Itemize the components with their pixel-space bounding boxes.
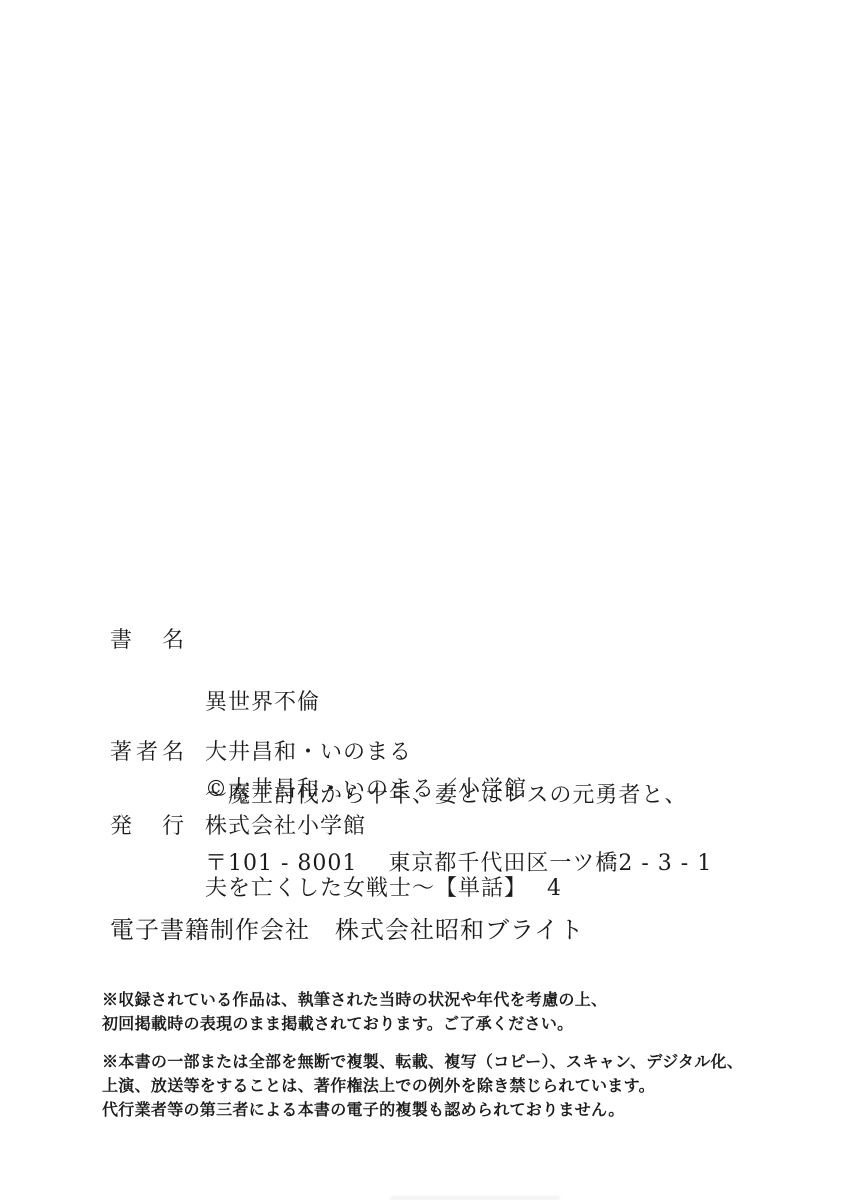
author-name: 大井昌和・いのまる [205, 734, 412, 771]
colophon-page: 書 名 異世界不倫 ～魔王討伐から十年、妻とはレスの元勇者と、 夫を亡くした女戦… [0, 0, 847, 1200]
notice-copyright: ※本書の一部または全部を無断で複製、転載、複写（コピー）、スキャン、デジタル化、… [102, 1050, 743, 1122]
scan-artifact [390, 1196, 560, 1200]
notice-copyright-line-1: ※本書の一部または全部を無断で複製、転載、複写（コピー）、スキャン、デジタル化、 [102, 1050, 743, 1074]
copyright-line: ©大井昌和・いのまる／小学館 [205, 771, 527, 808]
book-title-line-1: 異世界不倫 [205, 687, 687, 718]
notice-copyright-line-2: 上演、放送等をすることは、著作権法上での例外を除き禁じられています。 [102, 1074, 743, 1098]
author-label: 著者名 [110, 734, 205, 771]
author-publisher-section: 著者名 大井昌和・いのまる ©大井昌和・いのまる／小学館 発 行 株式会社小学館… [110, 734, 712, 882]
publisher-address: 〒101 - 8001 東京都千代田区一ツ橋2 - 3 - 1 [205, 845, 712, 882]
notice-reprint: ※収録されている作品は、執筆された当時の状況や年代を考慮の上、 初回掲載時の表現… [102, 988, 607, 1036]
notice-copyright-line-3: 代行業者等の第三者による本書の電子的複製も認められておりません。 [102, 1098, 743, 1122]
notice-reprint-line-1: ※収録されている作品は、執筆された当時の状況や年代を考慮の上、 [102, 988, 607, 1012]
notice-reprint-line-2: 初回掲載時の表現のまま掲載されております。ご了承ください。 [102, 1012, 607, 1036]
ebook-producer-line: 電子書籍制作会社 株式会社昭和ブライト [110, 915, 584, 945]
book-title-label: 書 名 [110, 625, 205, 656]
publisher-label: 発 行 [110, 808, 205, 845]
publisher-name: 株式会社小学館 [205, 808, 366, 845]
